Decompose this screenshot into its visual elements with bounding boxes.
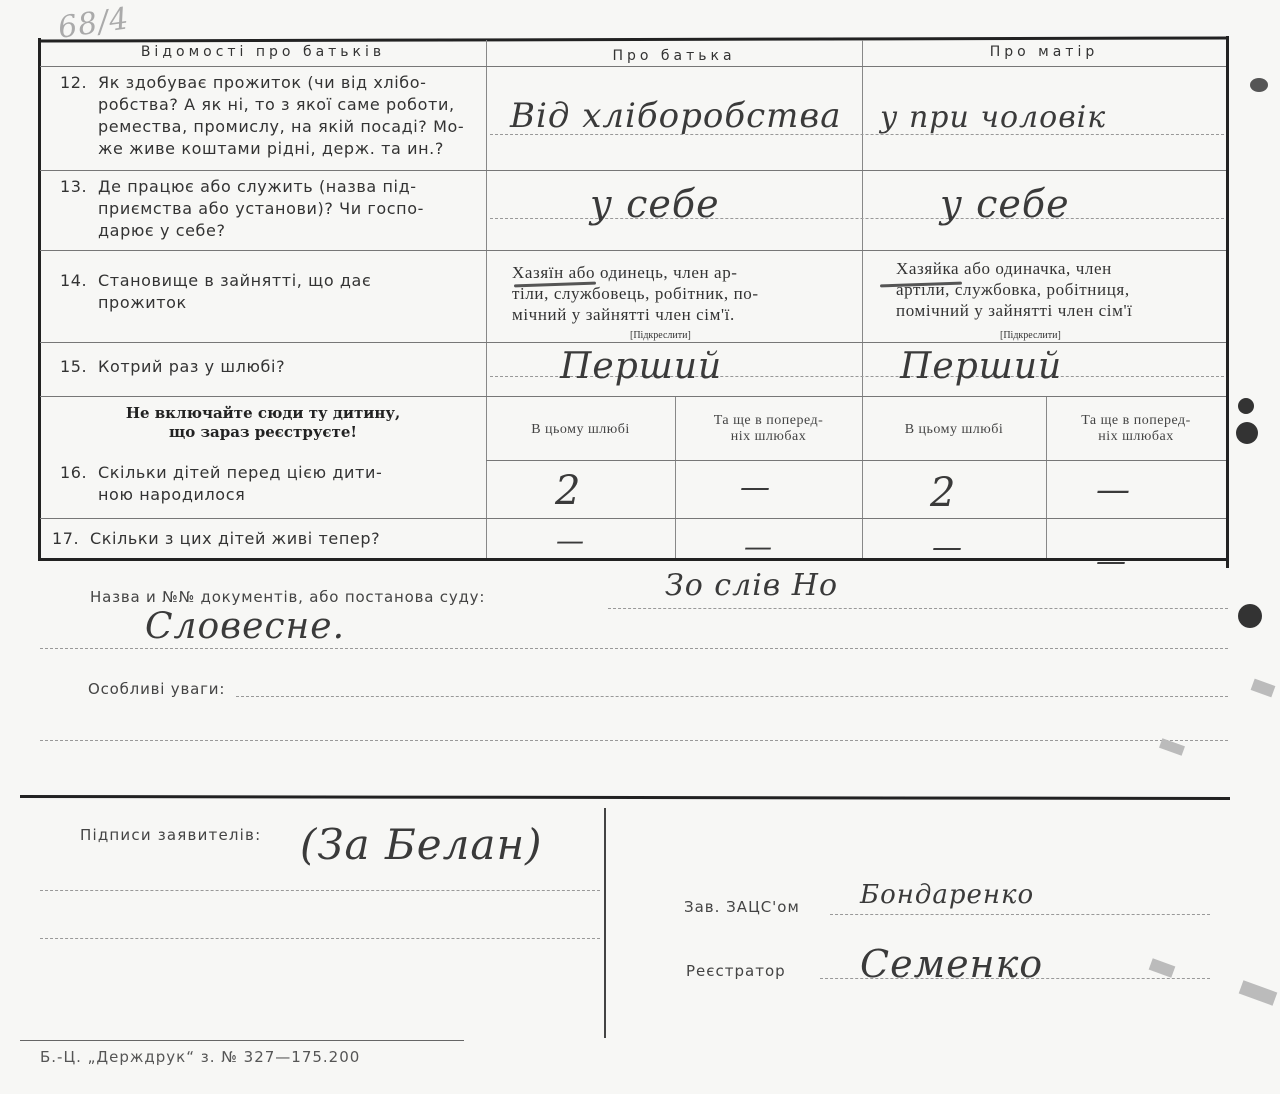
mother-underline-instruction: [Підкреслити] bbox=[1000, 330, 1061, 341]
header-parents-info: Відомості про батьків bbox=[40, 44, 486, 60]
head-signature[interactable]: Бондаренко bbox=[860, 880, 1034, 910]
question-17: 17.Скільки з цих дітей живі тепер? bbox=[52, 528, 482, 550]
subheader-mother-previous-marriages: Та ще в поперед- ніх шлюбах bbox=[1046, 413, 1226, 445]
father-underline-instruction: [Підкреслити] bbox=[630, 330, 691, 341]
table-left-border bbox=[38, 38, 41, 560]
column-divider-father-mother bbox=[862, 40, 863, 558]
documents-line-2 bbox=[40, 648, 1228, 649]
mother-children-alive-previous[interactable]: — bbox=[1096, 544, 1127, 579]
documents-value-line2[interactable]: Словесне. bbox=[145, 606, 345, 647]
subheader-father-this-marriage: В цьому шлюбі bbox=[486, 422, 675, 438]
father-children-this-marriage[interactable]: 2 bbox=[555, 468, 581, 514]
row-divider-15 bbox=[40, 396, 1226, 397]
header-mother: Про матір bbox=[862, 44, 1226, 60]
row-divider-header bbox=[40, 66, 1226, 67]
warning-text: Не включайте сюди ту дитину, що зараз ре… bbox=[40, 404, 486, 442]
question-15: 15.Котрий раз у шлюбі? bbox=[60, 356, 480, 378]
father-answer-15[interactable]: Перший bbox=[560, 346, 722, 387]
registrar-signature[interactable]: Семенко bbox=[860, 942, 1043, 986]
remarks-label: Особливі уваги: bbox=[88, 680, 225, 698]
mother-answer-12[interactable]: у при чоловік bbox=[880, 98, 1180, 138]
documents-label: Назва и №№ документів, або постанова суд… bbox=[90, 588, 485, 606]
registrar-label: Реєстратор bbox=[686, 962, 786, 980]
mother-children-alive-this[interactable]: — bbox=[932, 530, 963, 565]
printer-imprint: Б.-Ц. „Держдрук“ з. № 327—175.200 bbox=[40, 1048, 360, 1066]
binding-tear-icon bbox=[1239, 980, 1278, 1005]
mother-children-this-marriage[interactable]: 2 bbox=[930, 470, 956, 516]
father-children-alive-this[interactable]: — bbox=[556, 524, 585, 557]
row-divider-13 bbox=[40, 250, 1226, 251]
father-children-alive-previous[interactable]: — bbox=[744, 530, 773, 563]
binding-hole-icon bbox=[1238, 398, 1254, 414]
head-line bbox=[830, 914, 1210, 915]
header-father: Про батька bbox=[486, 48, 862, 64]
binding-tear-icon bbox=[1149, 958, 1176, 977]
father-answer-13[interactable]: у себе bbox=[590, 182, 720, 226]
signatures-top-rule bbox=[20, 795, 1230, 800]
question-16: 16.Скільки дітей перед цією дити- ною на… bbox=[60, 462, 480, 506]
remarks-value[interactable] bbox=[240, 676, 1220, 696]
remarks-line-2 bbox=[40, 740, 1228, 741]
binding-hole-icon bbox=[1250, 78, 1268, 92]
row-divider-12 bbox=[40, 170, 1226, 171]
applicants-line-2 bbox=[40, 938, 600, 939]
remarks-line-1 bbox=[236, 696, 1228, 697]
row-divider-16 bbox=[40, 518, 1226, 519]
mother-employment-options: Хазяйка або одиначка, член артіли, служб… bbox=[896, 258, 1210, 321]
binding-tear-icon bbox=[1251, 679, 1276, 698]
documents-line-1 bbox=[608, 608, 1228, 609]
mother-answer-15[interactable]: Перший bbox=[900, 346, 1062, 387]
mother-children-previous[interactable]: — bbox=[1096, 470, 1131, 510]
documents-value-line1[interactable]: Зо слів Но bbox=[665, 568, 838, 603]
row-divider-14 bbox=[40, 342, 1226, 343]
subheader-mother-this-marriage: В цьому шлюбі bbox=[862, 422, 1046, 438]
footer-rule bbox=[20, 1040, 464, 1041]
binding-hole-icon bbox=[1238, 604, 1262, 628]
question-13: 13.Де працює або служить (назва під- при… bbox=[60, 176, 480, 242]
table-right-border bbox=[1226, 36, 1229, 568]
applicants-line-1 bbox=[40, 890, 600, 891]
head-label: Зав. ЗАЦС'ом bbox=[684, 898, 800, 916]
row-divider-subheaders bbox=[486, 460, 1226, 461]
signatures-divider bbox=[604, 808, 606, 1038]
father-children-previous[interactable]: — bbox=[740, 470, 771, 505]
table-bottom-border bbox=[38, 558, 1228, 561]
table-top-border bbox=[38, 36, 1228, 42]
question-14: 14.Становище в зайнятті, що дає прожиток bbox=[60, 270, 480, 314]
applicants-signature-label: Підписи заявителів: bbox=[80, 826, 261, 844]
mother-answer-13[interactable]: у себе bbox=[940, 182, 1070, 226]
binding-hole-icon bbox=[1236, 422, 1258, 444]
applicants-signature-value[interactable]: (За Белан) bbox=[300, 820, 543, 869]
column-divider-questions bbox=[486, 40, 487, 558]
question-number: 12. bbox=[60, 72, 98, 94]
subheader-father-previous-marriages: Та ще в поперед- ніх шлюбах bbox=[675, 413, 862, 445]
father-answer-12[interactable]: Від хліборобства bbox=[510, 96, 841, 136]
father-employment-options: Хазяїн або одинець, член ар- тіли, служб… bbox=[512, 262, 848, 325]
question-12: 12.Як здобуває прожиток (чи від хлібо- р… bbox=[60, 72, 480, 160]
